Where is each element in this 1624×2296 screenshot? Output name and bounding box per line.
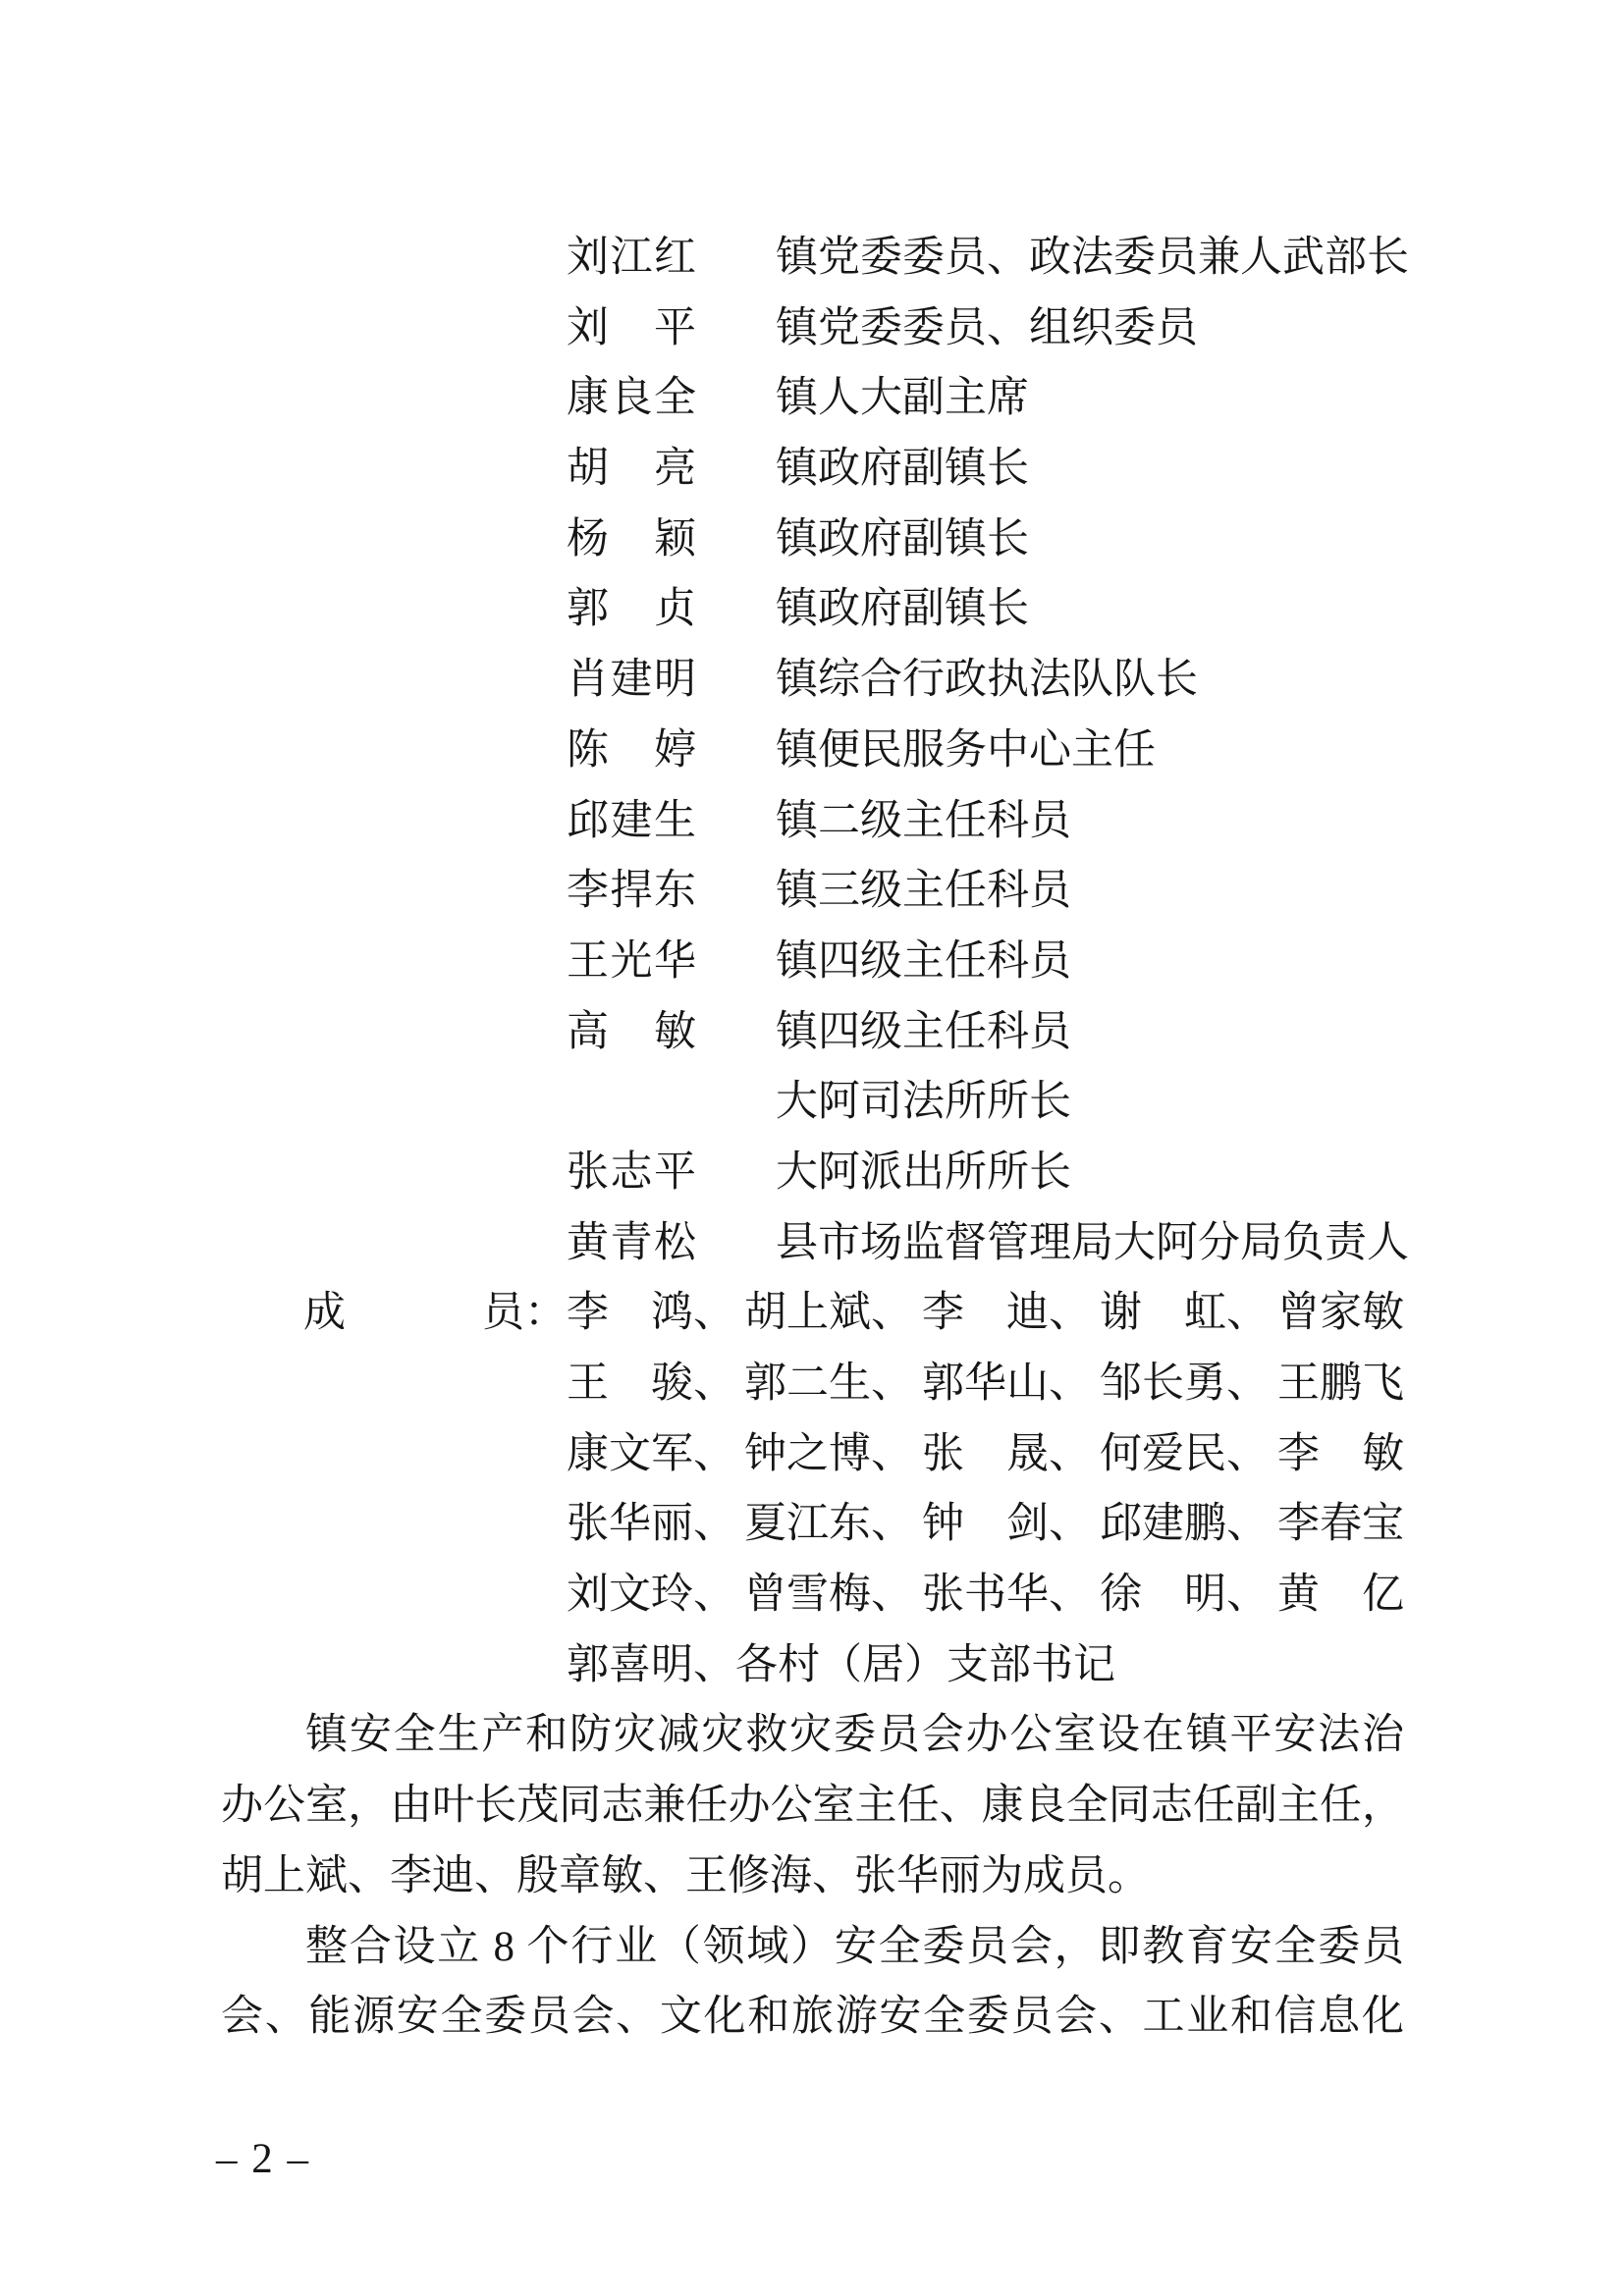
roster-name-char: 刘	[567, 294, 609, 364]
roster-title: 镇四级主任科员	[776, 927, 1071, 997]
roster-name-char: 良	[611, 363, 653, 434]
roster-name-char: 平	[654, 294, 696, 364]
body-text-line: 办公室，由叶长茂同志兼任办公室主任、康良全同志任副主任，	[221, 1771, 1404, 1842]
roster-name-char: 邱	[567, 786, 609, 857]
roster-title: 镇综合行政执法队队长	[776, 645, 1198, 716]
member-name-segment: 王 骏、	[567, 1349, 735, 1419]
roster-name-char: 华	[654, 927, 696, 997]
roster-name-char: 胡	[567, 434, 609, 505]
member-name-segment: 李 迪、	[922, 1278, 1091, 1349]
roster-row: 黄青松县市场监督管理局大阿分局负责人	[221, 1208, 1404, 1279]
member-line: 刘文玲、曾雪梅、张书华、徐 明、黄 亿	[567, 1560, 1404, 1630]
roster-name: 康良全	[567, 363, 696, 434]
roster-name-char: 青	[611, 1208, 653, 1279]
members-row: 成员：李 鸿、胡上斌、李 迪、谢 虹、曾家敏	[221, 1278, 1404, 1349]
roster-title: 镇人大副主席	[776, 363, 1029, 434]
member-name-segment: 何爱民、	[1100, 1419, 1269, 1490]
member-name-segment: 邹长勇、	[1100, 1349, 1269, 1419]
roster-name-char: 志	[611, 1138, 653, 1208]
body-text-line: 胡上斌、李迪、殷章敏、王修海、张华丽为成员。	[221, 1842, 1404, 1912]
roster-row: 王光华镇四级主任科员	[221, 927, 1404, 997]
member-name-segment: 徐 明、	[1100, 1560, 1269, 1630]
member-name-segment: 钟之博、	[744, 1419, 913, 1490]
member-name-segment: 康文军、	[567, 1419, 735, 1490]
roster-name-char: 杨	[567, 505, 609, 575]
roster-title: 镇党委委员、政法委员兼人武部长	[776, 223, 1409, 294]
body-text-line: 会、能源安全委员会、文化和旅游安全委员会、工业和信息化	[221, 1982, 1404, 2053]
roster-row: 陈婷镇便民服务中心主任	[221, 716, 1404, 786]
roster-name-char: 建	[611, 786, 653, 857]
roster-name-char: 红	[654, 223, 696, 294]
roster-name-char: 颖	[654, 505, 696, 575]
roster-name-char: 敏	[654, 997, 696, 1068]
roster-name-char: 王	[567, 927, 609, 997]
members-label-part: 员：	[482, 1278, 567, 1349]
member-name-segment: 郭华山、	[922, 1349, 1091, 1419]
roster-name-char: 康	[567, 363, 609, 434]
roster-name-char: 捍	[611, 856, 653, 927]
roster-row: 刘江红镇党委委员、政法委员兼人武部长	[221, 223, 1404, 294]
roster-name-char: 全	[654, 363, 696, 434]
roster-title: 镇四级主任科员	[776, 997, 1071, 1068]
member-name-segment: 郭二生、	[744, 1349, 913, 1419]
roster-name: 李捍东	[567, 856, 696, 927]
roster-row: 邱建生镇二级主任科员	[221, 786, 1404, 857]
roster-row: 杨颖镇政府副镇长	[221, 505, 1404, 575]
roster-row: 李捍东镇三级主任科员	[221, 856, 1404, 927]
body-text-line: 镇安全生产和防灾减灾救灾委员会办公室设在镇平安法治	[221, 1700, 1404, 1771]
roster-name: 刘平	[567, 294, 696, 364]
member-name-segment: 胡上斌、	[744, 1278, 913, 1349]
roster-row: 胡亮镇政府副镇长	[221, 434, 1404, 505]
roster-title: 镇二级主任科员	[776, 786, 1071, 857]
members-section: 成员：李 鸿、胡上斌、李 迪、谢 虹、曾家敏王 骏、郭二生、郭华山、邹长勇、王鹏…	[221, 1278, 1404, 1700]
roster-title: 镇政府副镇长	[776, 505, 1029, 575]
roster-name-char: 黄	[567, 1208, 609, 1279]
members-label: 成员：	[303, 1278, 567, 1349]
member-name-segment: 谢 虹、	[1100, 1278, 1269, 1349]
member-name-segment: 曾家敏	[1277, 1278, 1404, 1349]
roster-name-char: 李	[567, 856, 609, 927]
roster-name-char: 高	[567, 997, 609, 1068]
roster-name-char: 刘	[567, 223, 609, 294]
member-name-segment: 曾雪梅、	[744, 1560, 913, 1630]
paragraphs-section: 镇安全生产和防灾减灾救灾委员会办公室设在镇平安法治办公室，由叶长茂同志兼任办公室…	[221, 1700, 1404, 2052]
roster-name	[567, 1067, 696, 1138]
roster-row: 刘平镇党委委员、组织委员	[221, 294, 1404, 364]
roster-row: 肖建明镇综合行政执法队队长	[221, 645, 1404, 716]
roster-section: 刘江红镇党委委员、政法委员兼人武部长刘平镇党委委员、组织委员康良全镇人大副主席胡…	[221, 223, 1404, 1278]
roster-name: 郭贞	[567, 574, 696, 645]
roster-name: 高敏	[567, 997, 696, 1068]
member-name-segment: 邱建鹏、	[1100, 1489, 1269, 1560]
body-text-line: 整合设立 8 个行业（领域）安全委员会，即教育安全委员	[221, 1912, 1404, 1983]
document-page: 刘江红镇党委委员、政法委员兼人武部长刘平镇党委委员、组织委员康良全镇人大副主席胡…	[0, 0, 1624, 2296]
member-line: 王 骏、郭二生、郭华山、邹长勇、王鹏飞	[567, 1349, 1404, 1419]
member-line: 郭喜明、各村（居）支部书记	[567, 1630, 1404, 1701]
roster-name: 张志平	[567, 1138, 696, 1208]
members-row: 王 骏、郭二生、郭华山、邹长勇、王鹏飞	[221, 1349, 1404, 1419]
member-name-segment: 张 晟、	[922, 1419, 1091, 1490]
roster-title: 镇三级主任科员	[776, 856, 1071, 927]
roster-name-char: 贞	[654, 574, 696, 645]
member-name-segment: 刘文玲、	[567, 1560, 735, 1630]
member-name-segment: 李 鸿、	[567, 1278, 735, 1349]
members-row: 张华丽、夏江东、钟 剑、邱建鹏、李春宝	[221, 1489, 1404, 1560]
roster-name-char: 光	[611, 927, 653, 997]
roster-row: 张志平大阿派出所所长	[221, 1138, 1404, 1208]
roster-row: 大阿司法所所长	[221, 1067, 1404, 1138]
roster-name: 陈婷	[567, 716, 696, 786]
roster-title: 大阿派出所所长	[776, 1138, 1071, 1208]
roster-title: 镇党委委员、组织委员	[776, 294, 1198, 364]
roster-name-char: 东	[654, 856, 696, 927]
member-name-segment: 夏江东、	[744, 1489, 913, 1560]
roster-name-char: 张	[567, 1138, 609, 1208]
member-name-segment: 张华丽、	[567, 1489, 735, 1560]
members-label-part: 成	[303, 1278, 346, 1349]
members-row: 康文军、钟之博、张 晟、何爱民、李 敏	[221, 1419, 1404, 1490]
roster-title: 镇政府副镇长	[776, 434, 1029, 505]
roster-name: 刘江红	[567, 223, 696, 294]
member-line: 张华丽、夏江东、钟 剑、邱建鹏、李春宝	[567, 1489, 1404, 1560]
roster-name: 胡亮	[567, 434, 696, 505]
roster-name-char: 明	[654, 645, 696, 716]
roster-name: 黄青松	[567, 1208, 696, 1279]
roster-name-char: 陈	[567, 716, 609, 786]
roster-name-char: 郭	[567, 574, 609, 645]
roster-title: 县市场监督管理局大阿分局负责人	[776, 1208, 1409, 1279]
member-line: 李 鸿、胡上斌、李 迪、谢 虹、曾家敏	[567, 1278, 1404, 1349]
member-name-segment: 张书华、	[922, 1560, 1091, 1630]
roster-name-char: 建	[611, 645, 653, 716]
roster-name: 肖建明	[567, 645, 696, 716]
roster-name: 邱建生	[567, 786, 696, 857]
member-name-segment: 王鹏飞	[1277, 1349, 1404, 1419]
members-row: 郭喜明、各村（居）支部书记	[221, 1630, 1404, 1701]
member-line: 康文军、钟之博、张 晟、何爱民、李 敏	[567, 1419, 1404, 1490]
roster-row: 康良全镇人大副主席	[221, 363, 1404, 434]
roster-name-char: 生	[654, 786, 696, 857]
member-name-segment: 钟 剑、	[922, 1489, 1091, 1560]
page-number: – 2 –	[216, 2132, 310, 2187]
roster-name-char: 平	[654, 1138, 696, 1208]
roster-name: 杨颖	[567, 505, 696, 575]
roster-row: 郭贞镇政府副镇长	[221, 574, 1404, 645]
roster-title: 镇政府副镇长	[776, 574, 1029, 645]
members-row: 刘文玲、曾雪梅、张书华、徐 明、黄 亿	[221, 1560, 1404, 1630]
member-name-segment: 李春宝	[1277, 1489, 1404, 1560]
member-name-segment: 李 敏	[1277, 1419, 1404, 1490]
roster-name-char: 松	[654, 1208, 696, 1279]
roster-name-char: 肖	[567, 645, 609, 716]
roster-row: 高敏镇四级主任科员	[221, 997, 1404, 1068]
member-name-segment: 黄 亿	[1277, 1560, 1404, 1630]
roster-title: 镇便民服务中心主任	[776, 716, 1156, 786]
member-name-segment: 郭喜明、各村（居）支部书记	[567, 1630, 1115, 1701]
roster-name: 王光华	[567, 927, 696, 997]
roster-name-char: 江	[611, 223, 653, 294]
document-body: 刘江红镇党委委员、政法委员兼人武部长刘平镇党委委员、组织委员康良全镇人大副主席胡…	[221, 223, 1404, 2053]
roster-name-char: 亮	[654, 434, 696, 505]
roster-name-char: 婷	[654, 716, 696, 786]
roster-title: 大阿司法所所长	[776, 1067, 1071, 1138]
